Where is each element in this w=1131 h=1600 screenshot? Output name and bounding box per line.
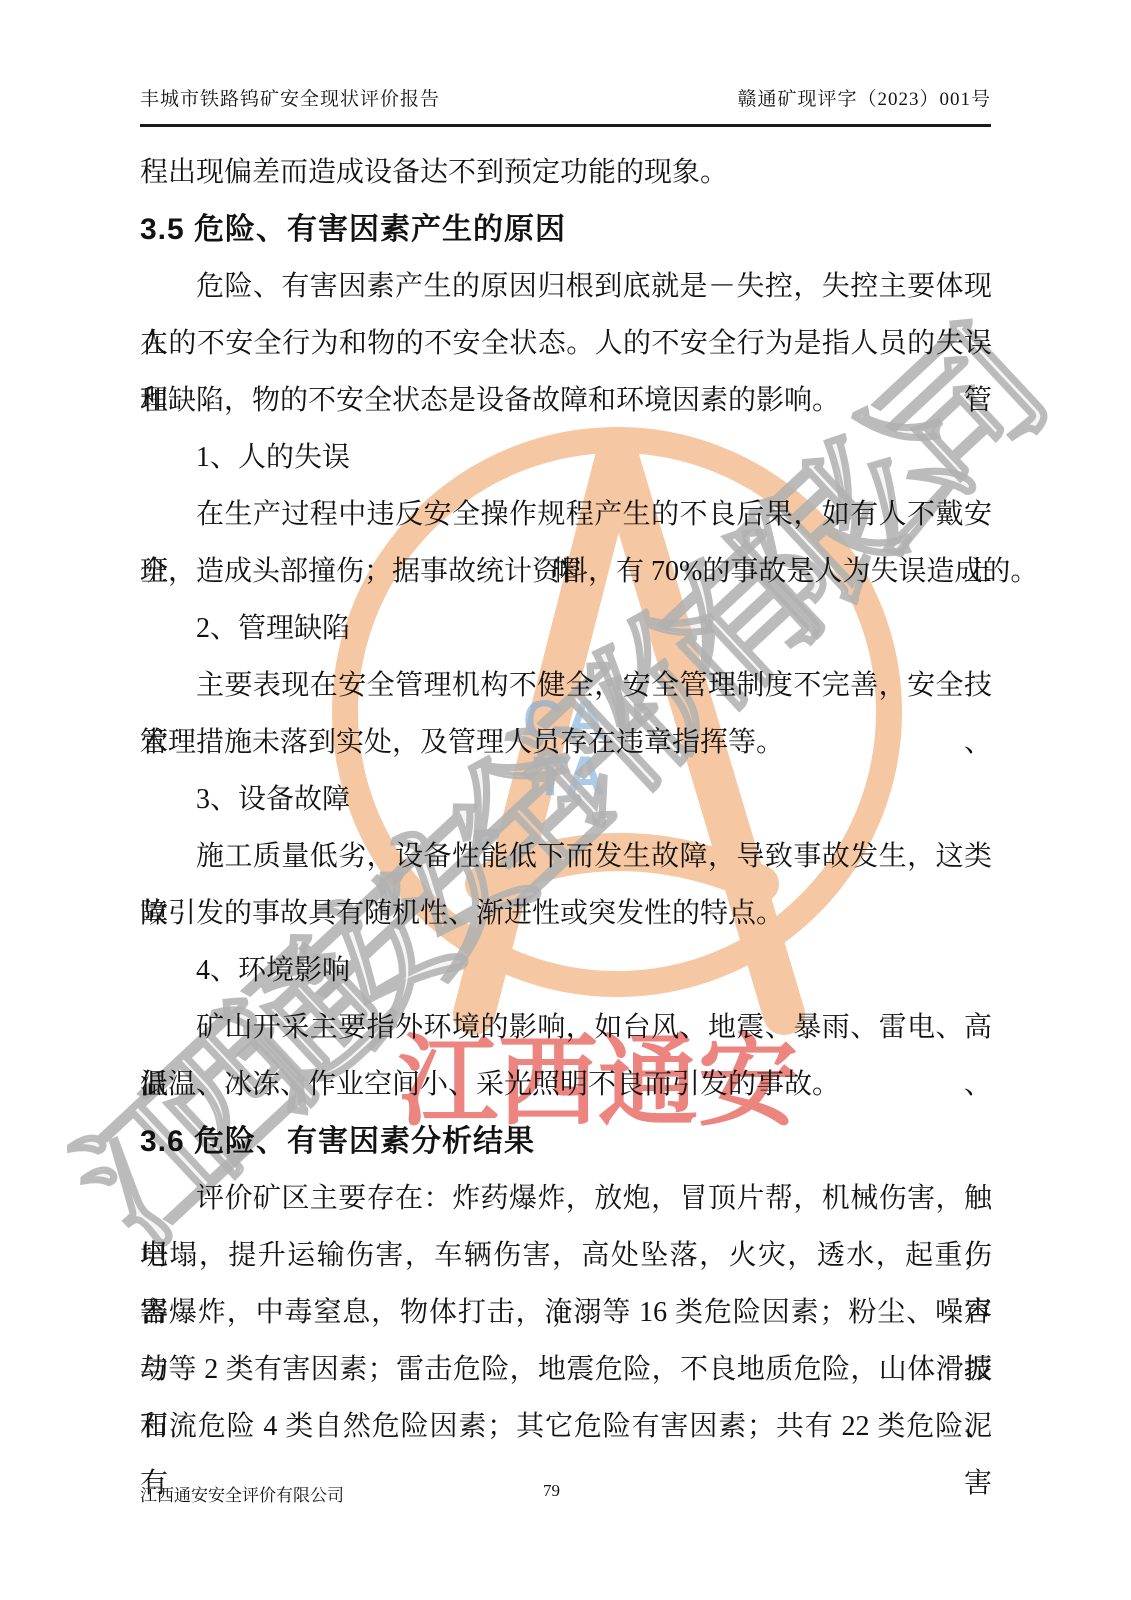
body-line: 2、管理缺陷	[140, 600, 992, 657]
body-line: 障引发的事故具有随机性、渐进性或突发性的特点。	[140, 885, 992, 942]
header-report-title: 丰城市铁路钨矿安全现状评价报告	[140, 84, 440, 111]
body-line: 4、环境影响	[140, 942, 992, 999]
body-line: 评价矿区主要存在：炸药爆炸，放炮，冒顶片帮，机械伤害，触电，	[140, 1170, 992, 1227]
section-heading: 3.5 危险、有害因素产生的原因	[140, 201, 992, 258]
body-line: 坍塌，提升运输伤害，车辆伤害，高处坠落，火灾，透水，起重伤害，容	[140, 1227, 992, 1284]
body-line: 器爆炸，中毒窒息，物体打击，淹溺等 16 类危险因素；粉尘、噪声与振	[140, 1284, 992, 1341]
body-line: 动等 2 类有害因素；雷击危险，地震危险，不良地质危险，山体滑坡和泥	[140, 1341, 992, 1398]
page-header: 丰城市铁路钨矿安全现状评价报告 赣通矿现评字（2023）001号	[140, 84, 991, 111]
body-line: 石流危险 4 类自然危险因素；其它危险有害因素；共有 22 类危险、有害	[140, 1398, 992, 1455]
section-heading: 3.6 危险、有害因素分析结果	[140, 1113, 992, 1170]
body-line: 人的不安全行为和物的不安全状态。人的不安全行为是指人员的失误和管	[140, 315, 992, 372]
body-line: 主要表现在安全管理机构不健全，安全管理制度不完善，安全技术、	[140, 657, 992, 714]
body-line: 班，造成头部撞伤；据事故统计资料，有 70%的事故是人为失误造成的。	[140, 543, 992, 600]
footer-company-name: 江西通安安全评价有限公司	[140, 1481, 344, 1506]
body-line: 矿山开采主要指外环境的影响，如台风、地震、暴雨、雷电、高温、	[140, 999, 992, 1056]
body-line: 施工质量低劣，设备性能低下而发生故障，导致事故发生，这类故	[140, 828, 992, 885]
footer-page-number: 79	[543, 1481, 560, 1501]
body-line: 在生产过程中违反安全操作规程产生的不良后果，如有人不戴安全帽上	[140, 486, 992, 543]
body-line: 程出现偏差而造成设备达不到预定功能的现象。	[140, 144, 992, 201]
body-line: 3、设备故障	[140, 771, 992, 828]
header-divider	[140, 124, 991, 127]
document-page: CA TA 江西通安安全评价有限公司 江西通安 丰城市铁路钨矿安全现状评价报告 …	[0, 0, 1131, 1600]
body-line: 1、人的失误	[140, 429, 992, 486]
body-flow: 程出现偏差而造成设备达不到预定功能的现象。3.5 危险、有害因素产生的原因危险、…	[140, 144, 992, 1455]
body-line: 危险、有害因素产生的原因归根到底就是－失控，失控主要体现在	[140, 258, 992, 315]
header-document-number: 赣通矿现评字（2023）001号	[737, 84, 991, 111]
